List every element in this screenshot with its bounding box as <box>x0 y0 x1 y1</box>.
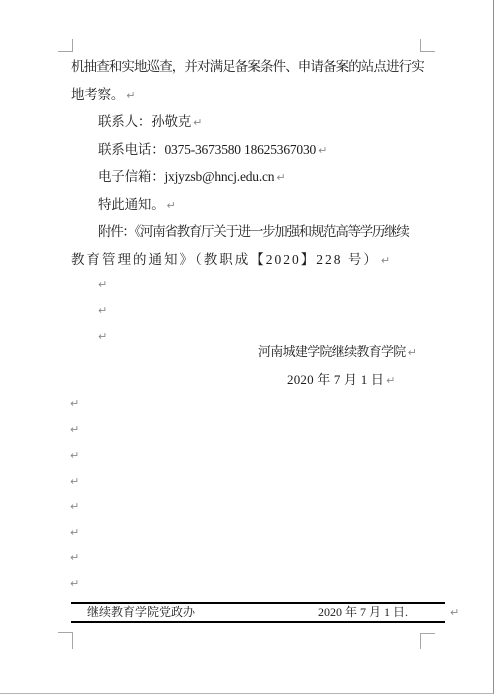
paragraph-mark-icon: ↵ <box>384 374 395 387</box>
crop-mark-bottom-right-icon <box>420 633 435 649</box>
crop-mark-top-left-icon <box>58 39 73 52</box>
paragraph-mark-icon: ↵ <box>124 89 135 102</box>
paragraph-mark-icon: ↵ <box>316 144 327 157</box>
crop-mark-bottom-left-icon <box>58 632 73 649</box>
empty-line: ↵ <box>70 441 79 469</box>
contact-phone-text: 联系电话：0375-3673580 18625367030 <box>98 142 316 157</box>
footer-date-text: 2020 年 7 月 1 日. <box>318 604 408 621</box>
text-line-2-text: 地考察。 <box>71 87 124 102</box>
paragraph-mark-icon: ↵ <box>70 526 79 539</box>
paragraph-mark-icon: ↵ <box>70 475 79 488</box>
paragraph-mark-icon: ↵ <box>98 278 107 291</box>
email-text: 电子信箱：jxjyzsb@hncj.edu.cn <box>98 169 274 184</box>
paragraph-mark-icon: ↵ <box>70 397 79 410</box>
paragraph-mark-icon: ↵ <box>165 199 176 212</box>
empty-line: ↵ <box>70 389 79 417</box>
attachment-text-2: 教育管理的通知》（教职成【2020】228 号） <box>71 252 379 267</box>
paragraph-mark-icon: ↵ <box>70 551 79 564</box>
paragraph-mark-icon: ↵ <box>98 304 107 317</box>
text-line-contact-person: 联系人：孙敬克↵ <box>98 108 202 136</box>
paragraph-mark-icon: ↵ <box>70 449 79 462</box>
paragraph-mark-icon: ↵ <box>191 116 202 129</box>
empty-line: ↵ <box>70 518 79 546</box>
empty-line: ↵ <box>70 569 79 597</box>
paragraph-mark-icon: ↵ <box>274 171 285 184</box>
text-line-attachment-2: 教育管理的通知》（教职成【2020】228 号）↵ <box>71 246 390 274</box>
paragraph-mark-icon: ↵ <box>406 346 417 359</box>
footer-bar: 继续教育学院党政办 2020 年 7 月 1 日. <box>71 602 445 623</box>
text-line-contact-phone: 联系电话：0375-3673580 18625367030↵ <box>98 136 327 164</box>
footer-left-text: 继续教育学院党政办 <box>87 604 195 621</box>
empty-line: ↵ <box>70 415 79 443</box>
empty-line: ↵ <box>70 543 79 571</box>
empty-line: ↵ <box>98 296 107 324</box>
attachment-text-1: 附件：《河南省教育厅关于进一步加强和规范高等学历继续 <box>98 224 408 239</box>
notice-text: 特此通知。 <box>98 197 165 212</box>
document-page[interactable]: 机抽查和实地巡查，并对满足备案条件、申请备案的站点进行实 地考察。↵ 联系人：孙… <box>0 0 494 694</box>
paragraph-mark-icon: ↵ <box>379 254 390 267</box>
signature-text: 河南城建学院继续教育学院 <box>258 344 406 359</box>
text-line-1-text: 机抽查和实地巡查，并对满足备案条件、申请备案的站点进行实 <box>71 59 424 74</box>
signature-date-text: 2020 年 7 月 1 日 <box>287 372 384 387</box>
empty-line: ↵ <box>70 467 79 495</box>
text-line-email: 电子信箱：jxjyzsb@hncj.edu.cn↵ <box>98 163 286 191</box>
signature-line: 河南城建学院继续教育学院↵ <box>258 338 417 366</box>
crop-mark-top-right-icon <box>420 39 435 52</box>
text-line-notice: 特此通知。↵ <box>98 191 176 219</box>
paragraph-mark-icon: ↵ <box>70 423 79 436</box>
empty-line: ↵ <box>98 322 107 350</box>
text-line-attachment-1: 附件：《河南省教育厅关于进一步加强和规范高等学历继续 <box>98 218 408 246</box>
paragraph-mark-icon: ↵ <box>70 577 79 590</box>
signature-date-line: 2020 年 7 月 1 日↵ <box>287 366 395 394</box>
contact-person-text: 联系人：孙敬克 <box>98 114 191 129</box>
text-line-2: 地考察。↵ <box>71 81 135 109</box>
empty-line: ↵ <box>98 270 107 298</box>
paragraph-mark-icon: ↵ <box>70 500 79 513</box>
paragraph-mark-icon: ↵ <box>448 602 459 623</box>
text-line-1: 机抽查和实地巡查，并对满足备案条件、申请备案的站点进行实 <box>71 53 424 81</box>
paragraph-mark-icon: ↵ <box>98 330 107 343</box>
empty-line: ↵ <box>70 492 79 520</box>
